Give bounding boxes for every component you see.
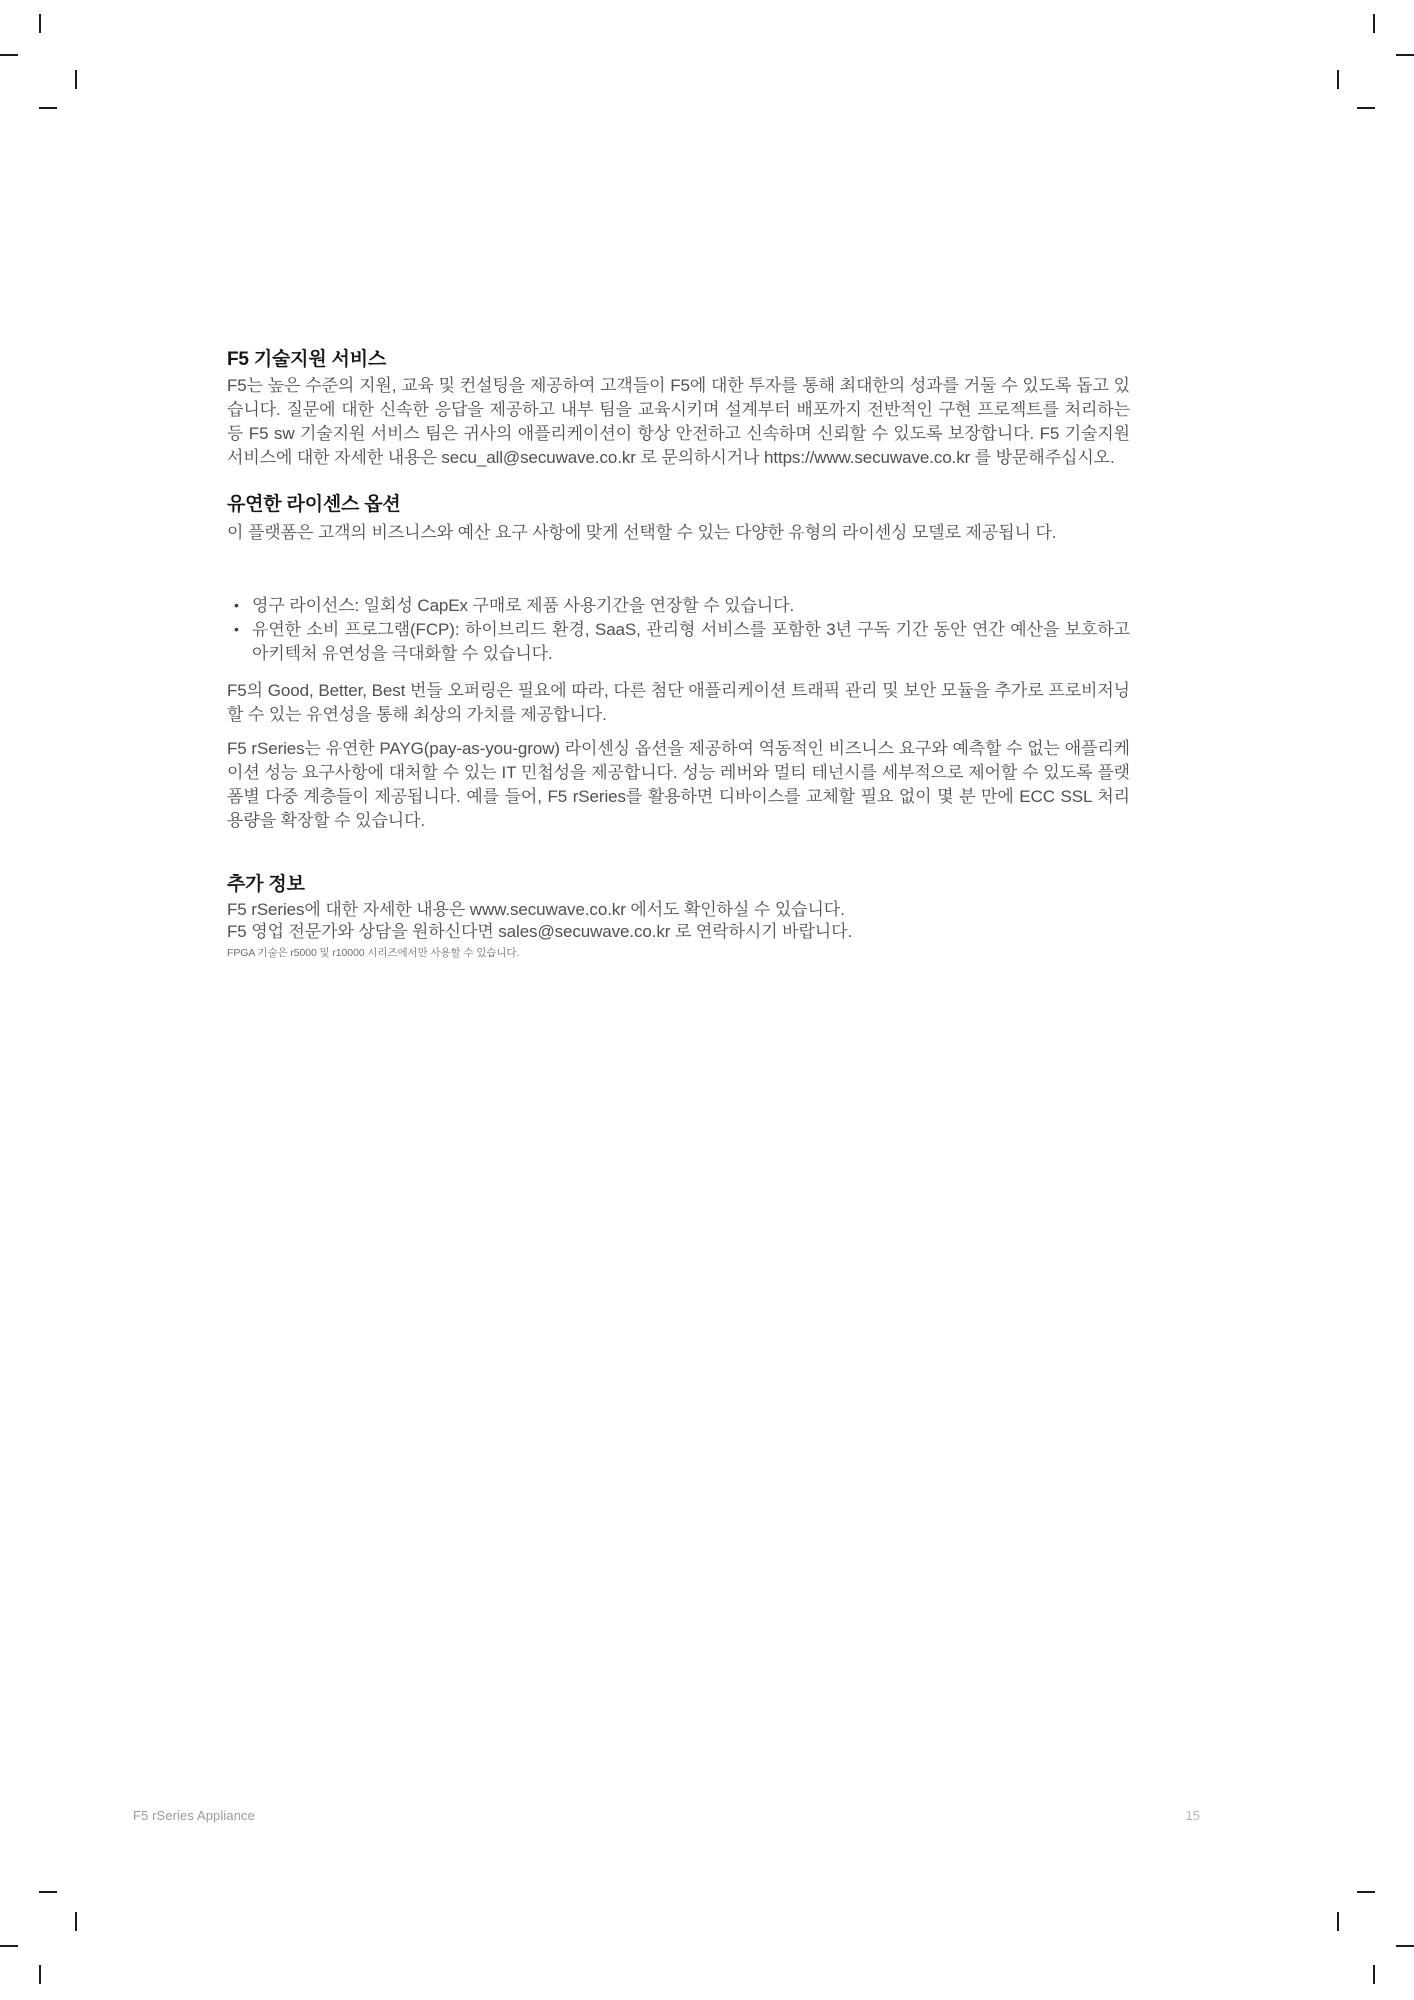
fpga-footnote: FPGA 기술은 r5000 및 r10000 시리즈에서만 사용할 수 있습니… bbox=[227, 947, 1130, 960]
crop-mark bbox=[1373, 1965, 1375, 1984]
bullet-icon: • bbox=[234, 617, 239, 641]
licensing-payg-paragraph: F5 rSeries는 유연한 PAYG(pay-as-you-grow) 라이… bbox=[227, 737, 1130, 833]
list-item-text: 영구 라이선스: 일회성 CapEx 구매로 제품 사용기간을 연장할 수 있습… bbox=[252, 596, 794, 615]
section-heading-support: F5 기술지원 서비스 bbox=[227, 349, 1130, 371]
support-paragraph: F5는 높은 수준의 지원, 교육 및 컨설팅을 제공하여 고객들이 F5에 대… bbox=[227, 374, 1130, 470]
bullet-icon: • bbox=[234, 593, 239, 617]
licensing-intro: 이 플랫폼은 고객의 비즈니스와 예산 요구 사항에 맞게 선택할 수 있는 다… bbox=[227, 521, 1130, 545]
list-item: • 영구 라이선스: 일회성 CapEx 구매로 제품 사용기간을 연장할 수 … bbox=[227, 594, 1130, 618]
section-heading-more-info: 추가 정보 bbox=[227, 874, 1130, 896]
licensing-bullet-list: • 영구 라이선스: 일회성 CapEx 구매로 제품 사용기간을 연장할 수 … bbox=[227, 594, 1130, 666]
more-info-line-1: F5 rSeries에 대한 자세한 내용은 www.secuwave.co.k… bbox=[227, 898, 1130, 922]
crop-mark bbox=[39, 107, 57, 109]
crop-mark bbox=[1357, 107, 1375, 109]
crop-mark bbox=[0, 1945, 18, 1947]
footer-document-title: F5 rSeries Appliance bbox=[133, 1808, 255, 1823]
crop-mark bbox=[39, 1891, 57, 1893]
licensing-bundles-paragraph: F5의 Good, Better, Best 번들 오퍼링은 필요에 따라, 다… bbox=[227, 679, 1130, 727]
crop-mark bbox=[39, 1965, 41, 1984]
section-heading-licensing: 유연한 라이센스 옵션 bbox=[227, 494, 1130, 516]
crop-mark bbox=[1373, 14, 1375, 33]
list-item: • 유연한 소비 프로그램(FCP): 하이브리드 환경, SaaS, 관리형 … bbox=[227, 618, 1130, 666]
crop-mark bbox=[39, 14, 41, 33]
crop-mark bbox=[1396, 1945, 1414, 1947]
crop-mark bbox=[75, 70, 77, 89]
document-page: F5 기술지원 서비스 F5는 높은 수준의 지원, 교육 및 컨설팅을 제공하… bbox=[0, 0, 1414, 2000]
list-item-text: 유연한 소비 프로그램(FCP): 하이브리드 환경, SaaS, 관리형 서비… bbox=[252, 620, 1130, 663]
crop-mark bbox=[1357, 1891, 1375, 1893]
crop-mark bbox=[0, 54, 18, 56]
crop-mark bbox=[1396, 54, 1414, 56]
crop-mark bbox=[75, 1912, 77, 1931]
page-number: 15 bbox=[1150, 1808, 1200, 1823]
more-info-line-2: F5 영업 전문가와 상담을 원하신다면 sales@secuwave.co.k… bbox=[227, 920, 1130, 944]
crop-mark bbox=[1337, 1912, 1339, 1931]
crop-mark bbox=[1337, 70, 1339, 89]
